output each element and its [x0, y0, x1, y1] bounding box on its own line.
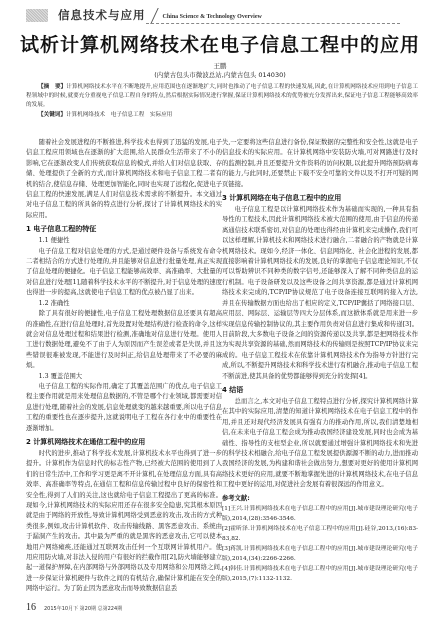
article-title: 试析计算机网络技术在电子信息工程中的应用: [0, 30, 440, 57]
abstract-text: 计算机网络技术水平在不断地提升,应用范围也在逐渐地扩大,同时也推动了电子信息工程…: [26, 84, 418, 108]
page-number: 16: [26, 602, 36, 613]
section-2-heading: 2 计算机网络技术在通信工程中的应用: [26, 436, 222, 448]
header-divider: [150, 8, 158, 24]
section-2-text: 时代的进步,推动了科学技术发展,计算机技术水平也得到了进一步提升。计算机作为信息…: [26, 449, 222, 595]
right-column: 失,一定要将这些信息进行备份,保证数据的完整性和安全性,这就是电子信息技术的实际…: [222, 138, 418, 584]
keywords: 【关键词】计算机网络技术 电子信息工程 实际应用: [38, 110, 172, 118]
subsection-1-1-text: 电子信息工程对信息处理的方式,是通过硬件设备与系统发布命令二者相结合的方式进行处…: [26, 247, 222, 299]
left-column: 随着社会发展进程的不断推进,科学技术也得到了迅猛的发展,电子信息工程应用领域也在…: [26, 138, 222, 595]
journal-page: 信息技术与应用 China Science & Technology Overv…: [0, 0, 440, 620]
header-rule: [146, 23, 400, 24]
references-heading: 参考文献:: [222, 493, 418, 504]
keywords-text: 计算机网络技术 电子信息工程 实际应用: [66, 112, 172, 118]
subsection-1-3-heading: 1.3 覆盖范围大: [26, 372, 222, 382]
issue-info: 2015年10月下 第20期 总第224期: [44, 605, 122, 612]
page-footer: 16 2015年10月下 第20期 总第224期: [26, 602, 122, 613]
affiliation: (内蒙古包头市微波总站,内蒙古包头 014030): [0, 70, 440, 79]
running-header: 信息技术与应用 China Science & Technology Overv…: [26, 6, 400, 24]
subsection-1-3-text: 电子信息工程的实际作用,确定了其覆盖范围广的优点,电子信息工程主要作用就是用来处…: [26, 382, 222, 434]
section-2-continued: 失,一定要将这些信息进行备份,保证数据的完整性和安全性,这就是电子信息技术的实际…: [222, 138, 418, 190]
abstract-label: 【摘 要】: [38, 84, 66, 90]
header-logo-block: [26, 9, 48, 22]
reference-item: [3]蒋凯.计算机网络技术在电子信息工程中的应用[J].城市建设理论研究(电子版…: [222, 544, 418, 564]
section-3-heading: 3 计算机网络在电子信息工程中的应用: [222, 192, 418, 204]
subsection-1-2-text: 除了具有很好的便捷性,电子信息工程处理数据信息还要具有超高的准确性,在进行信息处…: [26, 309, 222, 371]
section-3-text: 电子信息工程是以计算机网络技术作为基础而实现的,一种具有指导性的工程技术,因此计…: [222, 205, 418, 382]
journal-name: China Science & Technology Overview: [163, 14, 262, 20]
section-name: 信息技术与应用: [58, 7, 146, 23]
subsection-1-1-heading: 1.1 便捷性: [26, 236, 222, 246]
reference-item: [1]王兴.计算机网络技术在电子信息工程中的应用[J].城市建设理论研究(电子版…: [222, 504, 418, 524]
section-4-heading: 4 结语: [222, 384, 418, 396]
reference-item: [2]霍昕泽.计算机网络技术在电子信息工程中的应用[J].硅谷,2013,(16…: [222, 524, 418, 544]
section-4-text: 总而言之,本文对电子信息工程特点进行分析,探究计算机网络计算在其中的实际应用,清…: [222, 397, 418, 491]
reference-item: [4]韩佳.计算机网络技术在电子信息工程中的应用[J].城市建设理论研究(电子版…: [222, 564, 418, 584]
author: 王鹏: [0, 61, 440, 70]
keywords-label: 【关键词】: [38, 112, 66, 118]
intro-paragraph: 随着社会发展进程的不断推进,科学技术也得到了迅猛的发展,电子信息工程应用领域也在…: [26, 138, 222, 221]
subsection-1-2-heading: 1.2 准确性: [26, 299, 222, 309]
abstract: 【摘 要】计算机网络技术水平在不断地提升,应用范围也在逐渐地扩大,同时也推动了电…: [26, 83, 418, 110]
section-1-heading: 1 电子信息工程的特征: [26, 223, 222, 235]
